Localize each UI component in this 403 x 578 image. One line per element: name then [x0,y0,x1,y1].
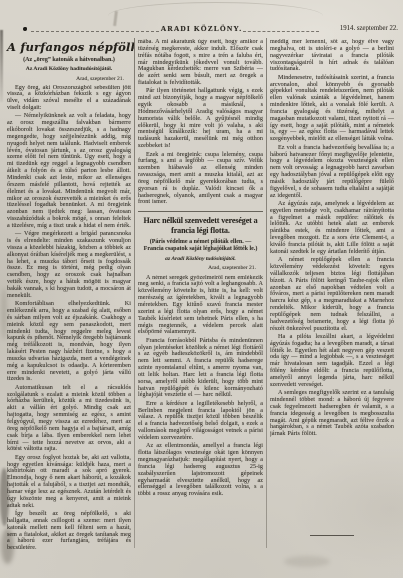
article2-headline: Harc nélkül szenvedett vereséget a franc… [138,216,263,236]
paragraph: Francia forrásokból Párisba és mindenünn… [138,338,263,400]
paragraph: Erre a kérdésre a legilletékesebb helyrő… [138,401,263,442]
article2-dateline: Arad, szeptember 21. [138,265,263,272]
page-columns: A furfangos népfölkelő. (Az „öreg” katon… [4,38,399,549]
masthead: ARADI KÖZLÖNY. 1914. szeptember 22. [0,22,403,36]
article2-body: A német seregek győzelmeiről nem emlékez… [138,275,263,537]
paragraph: A német seregek győzelmeiről nem emlékez… [138,275,263,337]
paragraph: A német repülőgépek ellen a francia közv… [270,257,394,332]
paragraph: Ez volt a francia hadvezetőség bevallása… [270,145,394,200]
masthead-rule-left [31,31,159,32]
paragraph: A semleges megfigyelők szerint ez a tanu… [270,390,394,438]
paragraph: Az ágyúzás zaja, amelynek a légvédelem a… [270,201,394,256]
scan-smudge-bottom-center [284,556,330,567]
paragraph: Ha a pilóta leszállni akart, a légvédelm… [270,334,394,389]
newspaper-page: ARADI KÖZLÖNY. 1914. szeptember 22. A fu… [0,0,403,578]
article1-body: Egy öreg, aki Oroszországból sebesülten … [7,85,131,549]
paragraph: Komfortáblisan elhelyezkedtünk. Ki emlék… [7,301,131,383]
paragraph: Mindenesetre, tudósításaink szerint, a f… [270,75,394,143]
issue-date: 1914. szeptember 22. [340,25,398,32]
paragraph: Egy orosz foglyot hoztak be, aki azt val… [7,455,131,510]
article1-byline: Az Aradi Közlöny haditudósítójától. [7,66,131,73]
masthead-rule-right [243,31,319,32]
paragraph: Automatikusan telt el a rácsuklós szolgá… [7,385,131,453]
article-divider-rule [138,211,263,212]
article1-dateline: Arad, szeptember 21. [7,76,131,83]
column-middle: mába. A mi akaratunk úgy esett, hogy ami… [135,38,266,549]
paragraph: Így beszélt az öreg népfölkelő, s aki ha… [7,511,131,549]
paragraph: Az az ellentmondás, amellyel a francia l… [138,443,263,498]
paragraph: Ezek a mi öregjeink: csupa lelemény, csu… [138,152,263,207]
paragraph: Egy öreg, aki Oroszországból sebesülten … [7,85,131,112]
article2-subtitle: (Páris védelme a német pilóták ellen. — … [138,239,263,253]
paragraph: — Végre megérkezett a brigád parancsnoka… [7,231,131,299]
article1-subtitle: (Az „öreg” katonák a hátvonalban.) [7,57,131,64]
newspaper-title: ARADI KÖZLÖNY. [161,24,242,33]
column-left: A furfangos népfölkelő. (Az „öreg” katon… [4,38,134,549]
article1-headline: A furfangos népfölkelő. [7,41,131,54]
paragraph: meddig mer lemenni, sőt az, hogy élve va… [270,39,394,73]
paragraph: mába. A mi akaratunk úgy esett, hogy ami… [138,39,263,87]
paragraph: Pár ilyen történetet hallgattunk végig, … [138,88,263,150]
article2-continuation: meddig mer lemenni, sőt az, hogy élve va… [270,39,394,530]
column-right: meddig mer lemenni, sőt az, hogy élve va… [267,38,397,549]
scan-curve-artifact [108,2,323,16]
paragraph: — Némelyikünknek az volt a feladata, hog… [7,113,131,229]
article1-continuation: mába. A mi akaratunk úgy esett, hogy ami… [138,39,263,209]
printer-dot-mark [23,27,27,31]
scan-edge-shadow-left [0,30,3,102]
article2-byline: az Aradi Közlöny tudósítójától. [138,256,263,263]
article-end-rule [310,535,354,536]
